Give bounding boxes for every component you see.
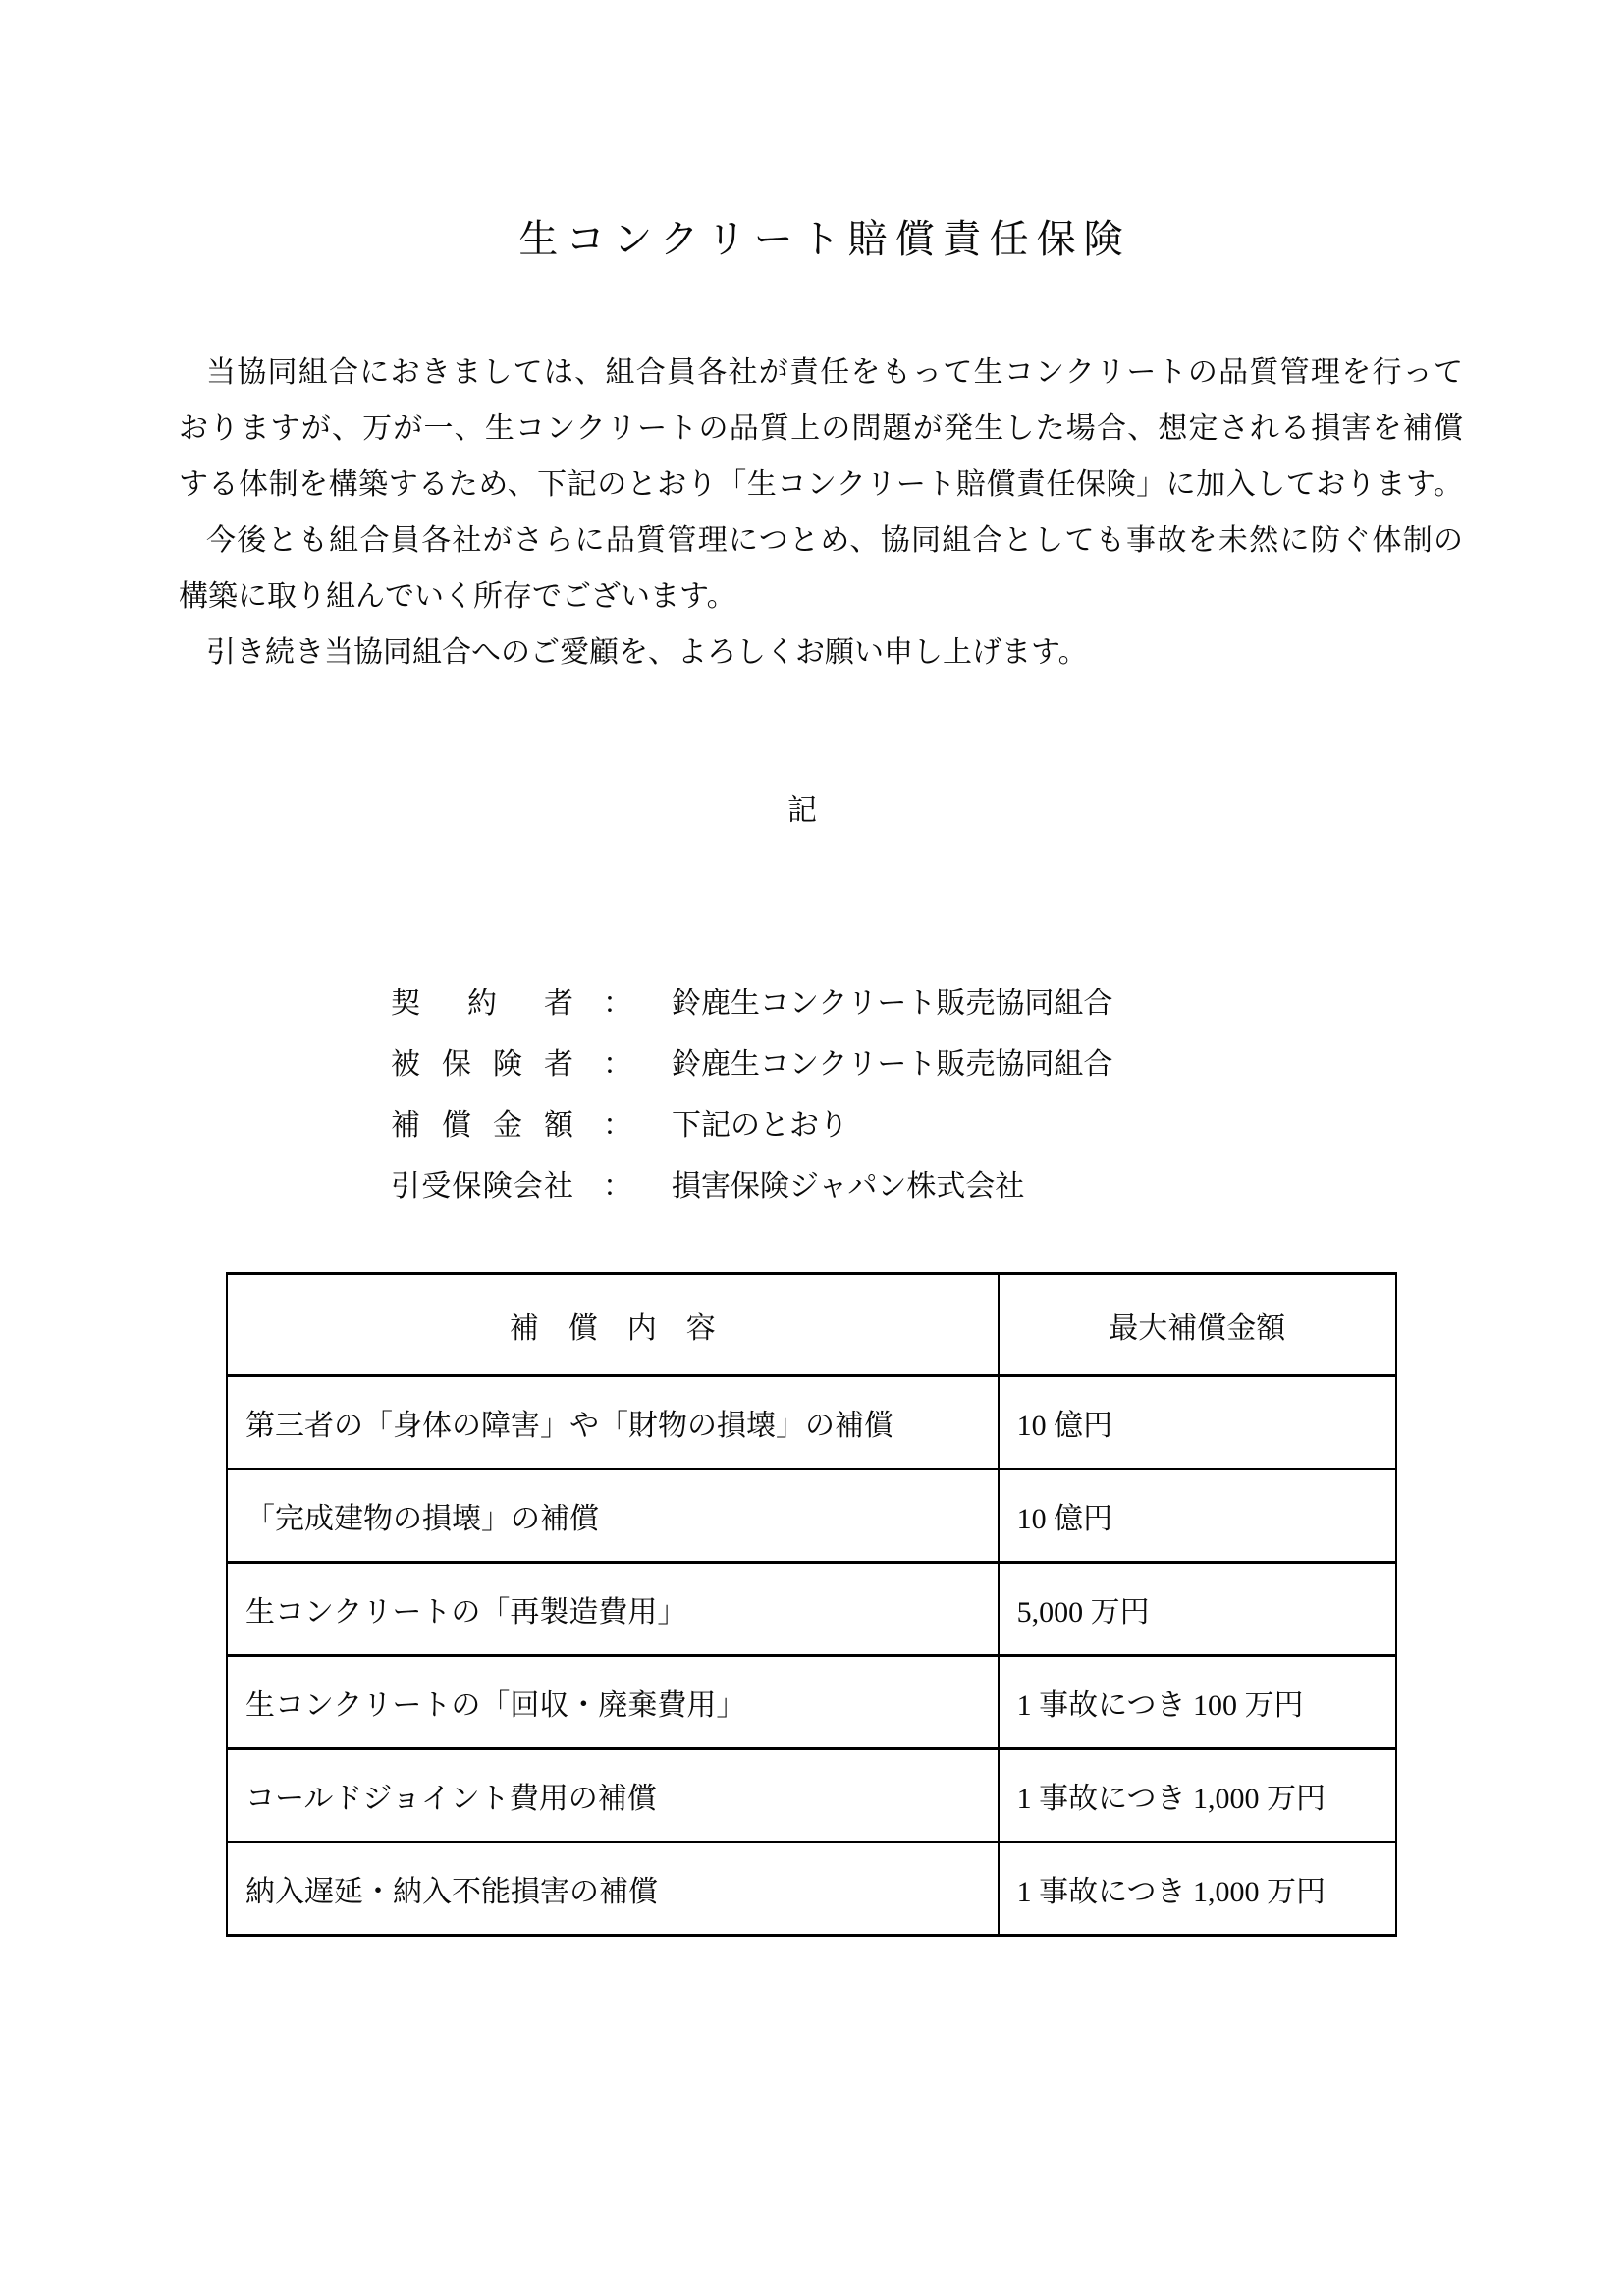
table-row: 納入遅延・納入不能損害の補償 1 事故につき 1,000 万円 bbox=[227, 1842, 1396, 1936]
coverage-table-header: 補 償 内 容 最大補償金額 bbox=[227, 1274, 1396, 1376]
contract-row-policyholder: 契約者 ： 鈴鹿生コンクリート販売協同組合 bbox=[391, 970, 1112, 1031]
contract-colon: ： bbox=[603, 1161, 632, 1204]
contract-label: 契約者 bbox=[391, 979, 573, 1022]
coverage-amount-cell: 5,000 万円 bbox=[999, 1563, 1396, 1656]
contract-value: 損害保険ジャパン株式会社 bbox=[672, 1161, 1024, 1204]
table-row: 生コンクリートの「再製造費用」 5,000 万円 bbox=[227, 1563, 1396, 1656]
contract-details: 契約者 ： 鈴鹿生コンクリート販売協同組合 被保険者 ： 鈴鹿生コンクリート販売… bbox=[391, 970, 1112, 1213]
contract-value: 鈴鹿生コンクリート販売協同組合 bbox=[672, 1040, 1112, 1083]
contract-colon: ： bbox=[603, 1040, 632, 1083]
paragraph-line: する体制を構築するため、下記のとおり「生コンクリート賠償責任保険」に加入しており… bbox=[179, 456, 1463, 512]
coverage-content-cell: 「完成建物の損壊」の補償 bbox=[227, 1469, 999, 1563]
contract-label: 補償金額 bbox=[391, 1100, 573, 1144]
contract-colon: ： bbox=[603, 1100, 632, 1144]
table-row: 第三者の「身体の障害」や「財物の損壊」の補償 10 億円 bbox=[227, 1376, 1396, 1469]
header-max-amount: 最大補償金額 bbox=[999, 1274, 1396, 1376]
coverage-table: 補 償 内 容 最大補償金額 第三者の「身体の障害」や「財物の損壊」の補償 10… bbox=[226, 1272, 1397, 1937]
contract-row-insurer: 引受保険会社 ： 損害保険ジャパン株式会社 bbox=[391, 1152, 1112, 1213]
table-row: 生コンクリートの「回収・廃棄費用」 1 事故につき 100 万円 bbox=[227, 1656, 1396, 1749]
paragraph-line: おりますが、万が一、生コンクリートの品質上の問題が発生した場合、想定される損害を… bbox=[179, 400, 1463, 456]
table-row: 「完成建物の損壊」の補償 10 億円 bbox=[227, 1469, 1396, 1563]
coverage-amount-cell: 1 事故につき 1,000 万円 bbox=[999, 1842, 1396, 1936]
coverage-content-cell: 第三者の「身体の障害」や「財物の損壊」の補償 bbox=[227, 1376, 999, 1469]
body-paragraphs: 当協同組合におきましては、組合員各社が責任をもって生コンクリートの品質管理を行っ… bbox=[179, 345, 1463, 680]
section-marker-ki: 記 bbox=[179, 791, 1426, 830]
coverage-content-cell: 納入遅延・納入不能損害の補償 bbox=[227, 1842, 999, 1936]
contract-value: 下記のとおり bbox=[672, 1100, 848, 1144]
paragraph-line: 引き続き当協同組合へのご愛顧を、よろしくお願い申し上げます。 bbox=[179, 624, 1463, 680]
table-header-row: 補 償 内 容 最大補償金額 bbox=[227, 1274, 1396, 1376]
document-title: 生コンクリート賠償責任保険 bbox=[179, 212, 1463, 267]
contract-row-coverage-amount: 補償金額 ： 下記のとおり bbox=[391, 1092, 1112, 1152]
coverage-content-cell: 生コンクリートの「再製造費用」 bbox=[227, 1563, 999, 1656]
coverage-amount-cell: 10 億円 bbox=[999, 1376, 1396, 1469]
coverage-content-cell: コールドジョイント費用の補償 bbox=[227, 1749, 999, 1842]
document-page: 生コンクリート賠償責任保険 当協同組合におきましては、組合員各社が責任をもって生… bbox=[0, 0, 1624, 2296]
coverage-content-cell: 生コンクリートの「回収・廃棄費用」 bbox=[227, 1656, 999, 1749]
paragraph-line: 今後とも組合員各社がさらに品質管理につとめ、協同組合としても事故を未然に防ぐ体制… bbox=[179, 512, 1463, 568]
coverage-amount-cell: 1 事故につき 100 万円 bbox=[999, 1656, 1396, 1749]
table-row: コールドジョイント費用の補償 1 事故につき 1,000 万円 bbox=[227, 1749, 1396, 1842]
coverage-table-body: 第三者の「身体の障害」や「財物の損壊」の補償 10 億円 「完成建物の損壊」の補… bbox=[227, 1376, 1396, 1936]
contract-label: 被保険者 bbox=[391, 1040, 573, 1083]
coverage-amount-cell: 1 事故につき 1,000 万円 bbox=[999, 1749, 1396, 1842]
coverage-amount-cell: 10 億円 bbox=[999, 1469, 1396, 1563]
header-coverage-content: 補 償 内 容 bbox=[227, 1274, 999, 1376]
paragraph-line: 構築に取り組んでいく所存でございます。 bbox=[179, 568, 1463, 624]
contract-colon: ： bbox=[603, 979, 632, 1022]
contract-label: 引受保険会社 bbox=[391, 1161, 573, 1204]
contract-row-insured: 被保険者 ： 鈴鹿生コンクリート販売協同組合 bbox=[391, 1031, 1112, 1092]
contract-value: 鈴鹿生コンクリート販売協同組合 bbox=[672, 979, 1112, 1022]
paragraph-line: 当協同組合におきましては、組合員各社が責任をもって生コンクリートの品質管理を行っ… bbox=[179, 345, 1463, 400]
